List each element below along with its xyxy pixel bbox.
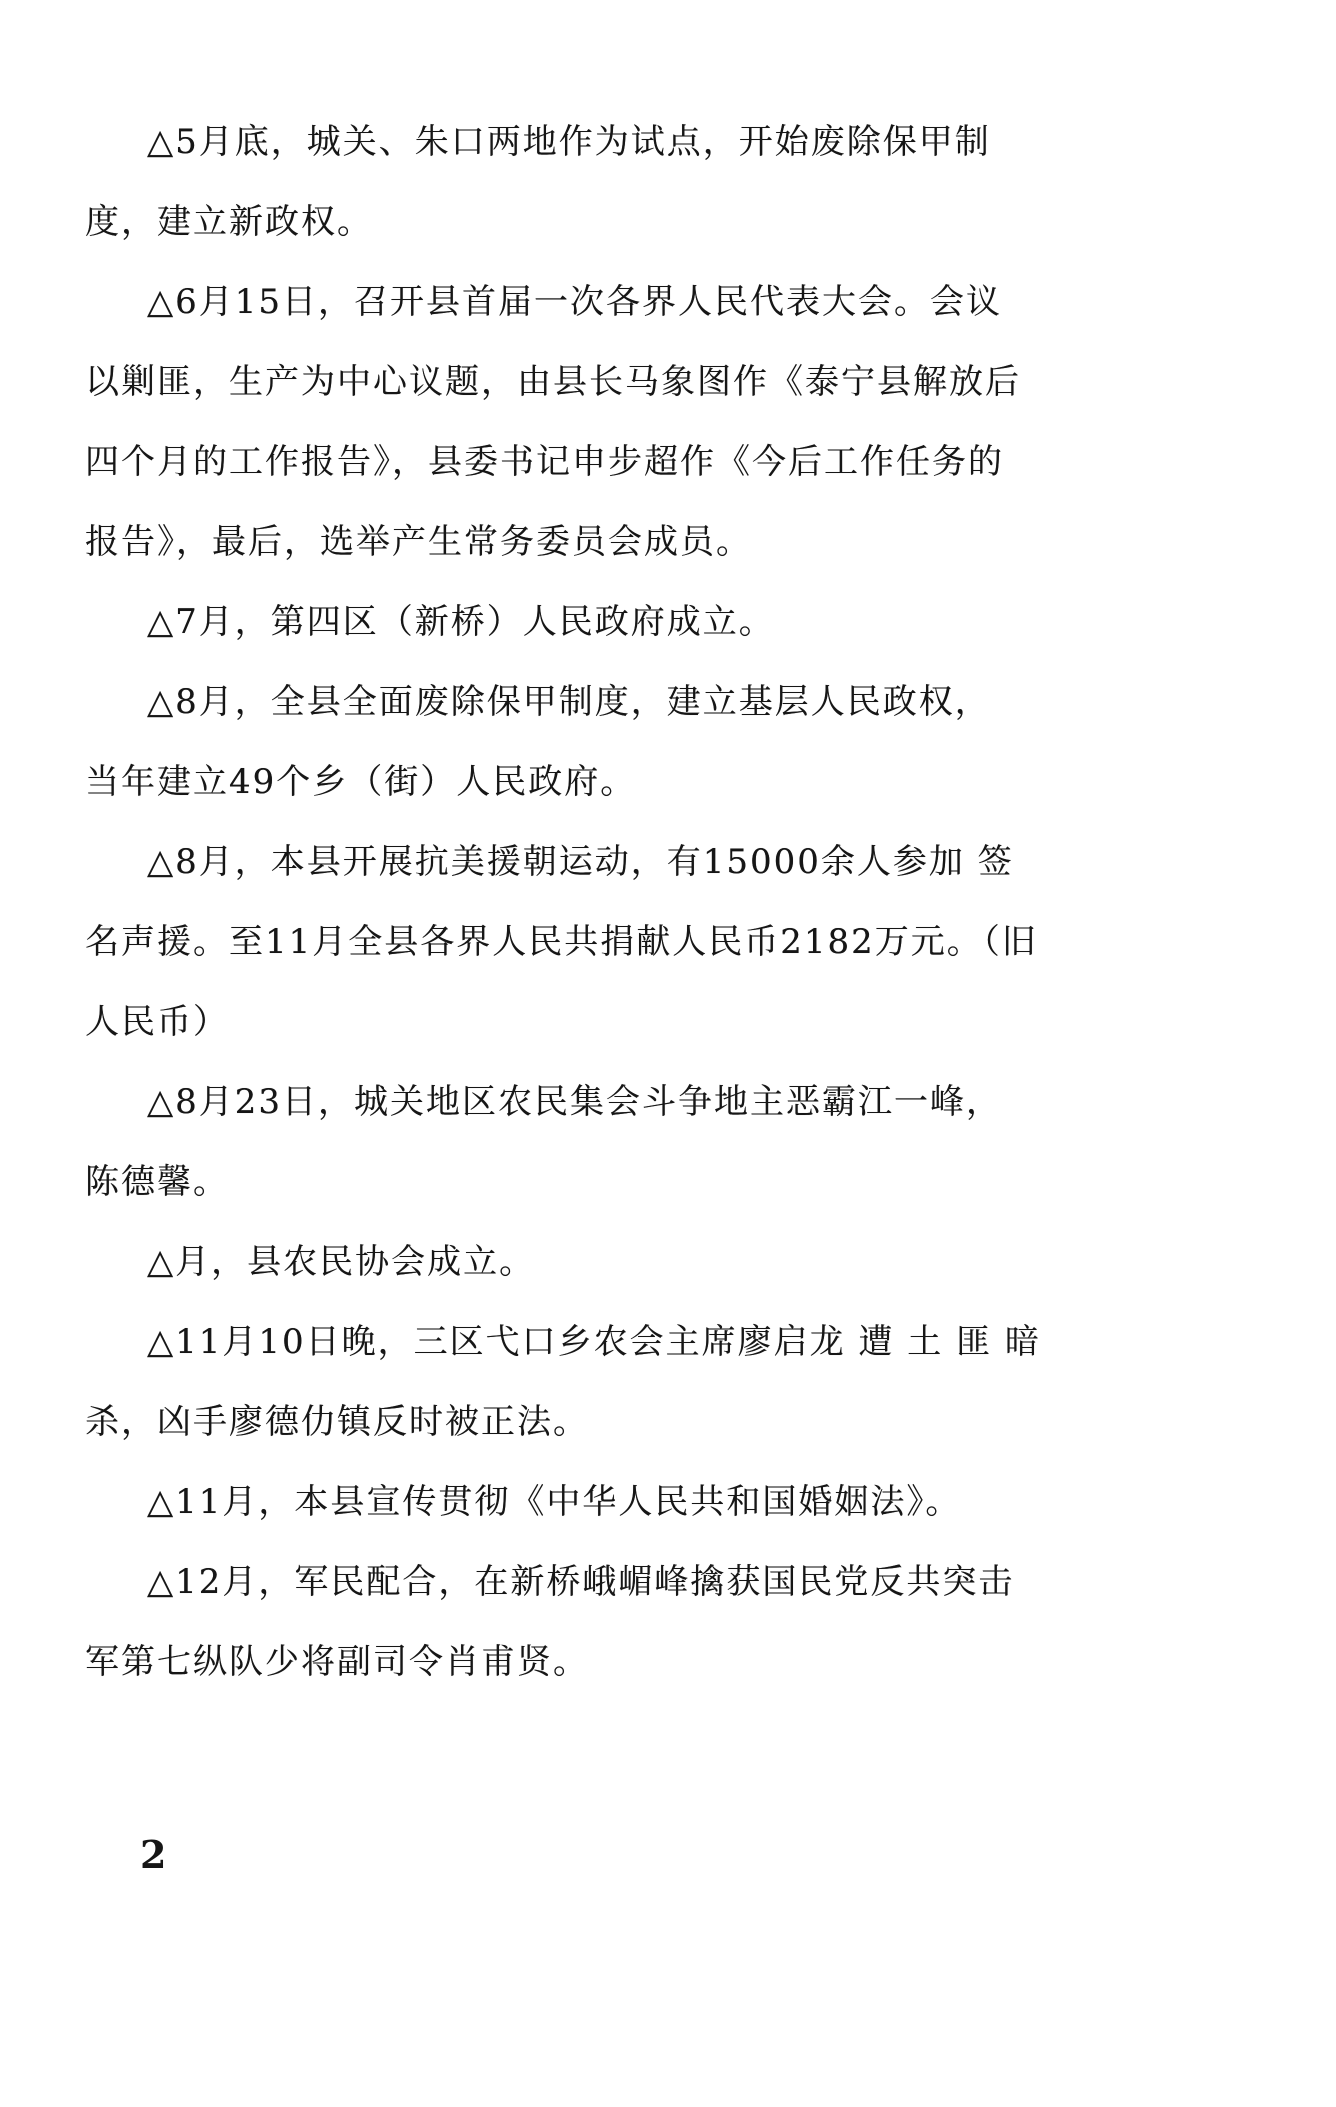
text-line: 人民币）: [85, 982, 915, 1062]
text-line: 四个月的工作报告》，县委书记申步超作《今后工作任务的: [85, 422, 915, 502]
text-line: 名声援。至11月全县各界人民共捐献人民币2182万元。（旧: [85, 902, 915, 982]
text-line: △11月10日晚，三区弋口乡农会主席廖启龙 遭 土 匪 暗: [85, 1302, 915, 1382]
page-number: 2: [140, 1832, 166, 1877]
text-line: 报告》，最后，选举产生常务委员会成员。: [85, 502, 915, 582]
text-line: △12月，军民配合，在新桥峨嵋峰擒获国民党反共突击: [85, 1542, 915, 1622]
text-line: △8月23日，城关地区农民集会斗争地主恶霸江一峰，: [85, 1062, 915, 1142]
text-line: △6月15日，召开县首届一次各界人民代表大会。会议: [85, 262, 915, 342]
text-line: △11月，本县宣传贯彻《中华人民共和国婚姻法》。: [85, 1462, 915, 1542]
text-line: △7月，第四区（新桥）人民政府成立。: [85, 582, 915, 662]
text-line: 陈德馨。: [85, 1142, 915, 1222]
scanned-document-page: △5月底，城关、朱口两地作为试点，开始废除保甲制度，建立新政权。△6月15日，召…: [0, 0, 1336, 2107]
text-line: △8月，本县开展抗美援朝运动，有15000余人参加 签: [85, 822, 915, 902]
text-line: 当年建立49个乡（街）人民政府。: [85, 742, 915, 822]
text-line: △月，县农民协会成立。: [85, 1222, 915, 1302]
text-block: △5月底，城关、朱口两地作为试点，开始废除保甲制度，建立新政权。△6月15日，召…: [85, 102, 915, 1702]
text-line: 军第七纵队少将副司令肖甫贤。: [85, 1622, 915, 1702]
text-line: △5月底，城关、朱口两地作为试点，开始废除保甲制: [85, 102, 915, 182]
text-line: 杀，凶手廖德仂镇反时被正法。: [85, 1382, 915, 1462]
text-line: 以剿匪，生产为中心议题，由县长马象图作《泰宁县解放后: [85, 342, 915, 422]
text-line: △8月，全县全面废除保甲制度，建立基层人民政权，: [85, 662, 915, 742]
text-line: 度，建立新政权。: [85, 182, 915, 262]
